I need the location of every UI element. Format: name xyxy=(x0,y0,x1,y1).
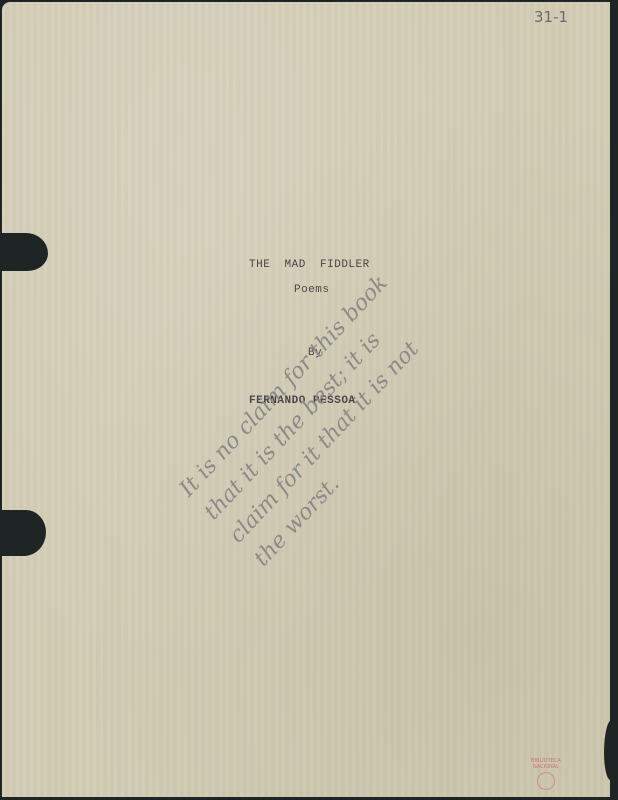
archive-number: 31-1 xyxy=(534,8,568,26)
torn-edge xyxy=(0,233,48,271)
torn-edge xyxy=(604,720,618,780)
manuscript-page: 31-1 THE MAD FIDDLER Poems By FERNANDO P… xyxy=(2,2,610,797)
note-line: that it is the best; it is xyxy=(197,154,549,528)
document-subtitle: Poems xyxy=(294,284,330,296)
document-title: THE MAD FIDDLER xyxy=(249,259,370,271)
note-line: claim for it that it is not xyxy=(222,177,574,551)
torn-edge xyxy=(0,510,46,556)
stamp-text: BIBLIOTECA NACIONAL xyxy=(522,758,570,770)
stamp-seal-icon xyxy=(537,772,555,790)
handwritten-note: It is no claim for this book that it is … xyxy=(172,131,599,575)
library-stamp: BIBLIOTECA NACIONAL xyxy=(522,758,570,794)
